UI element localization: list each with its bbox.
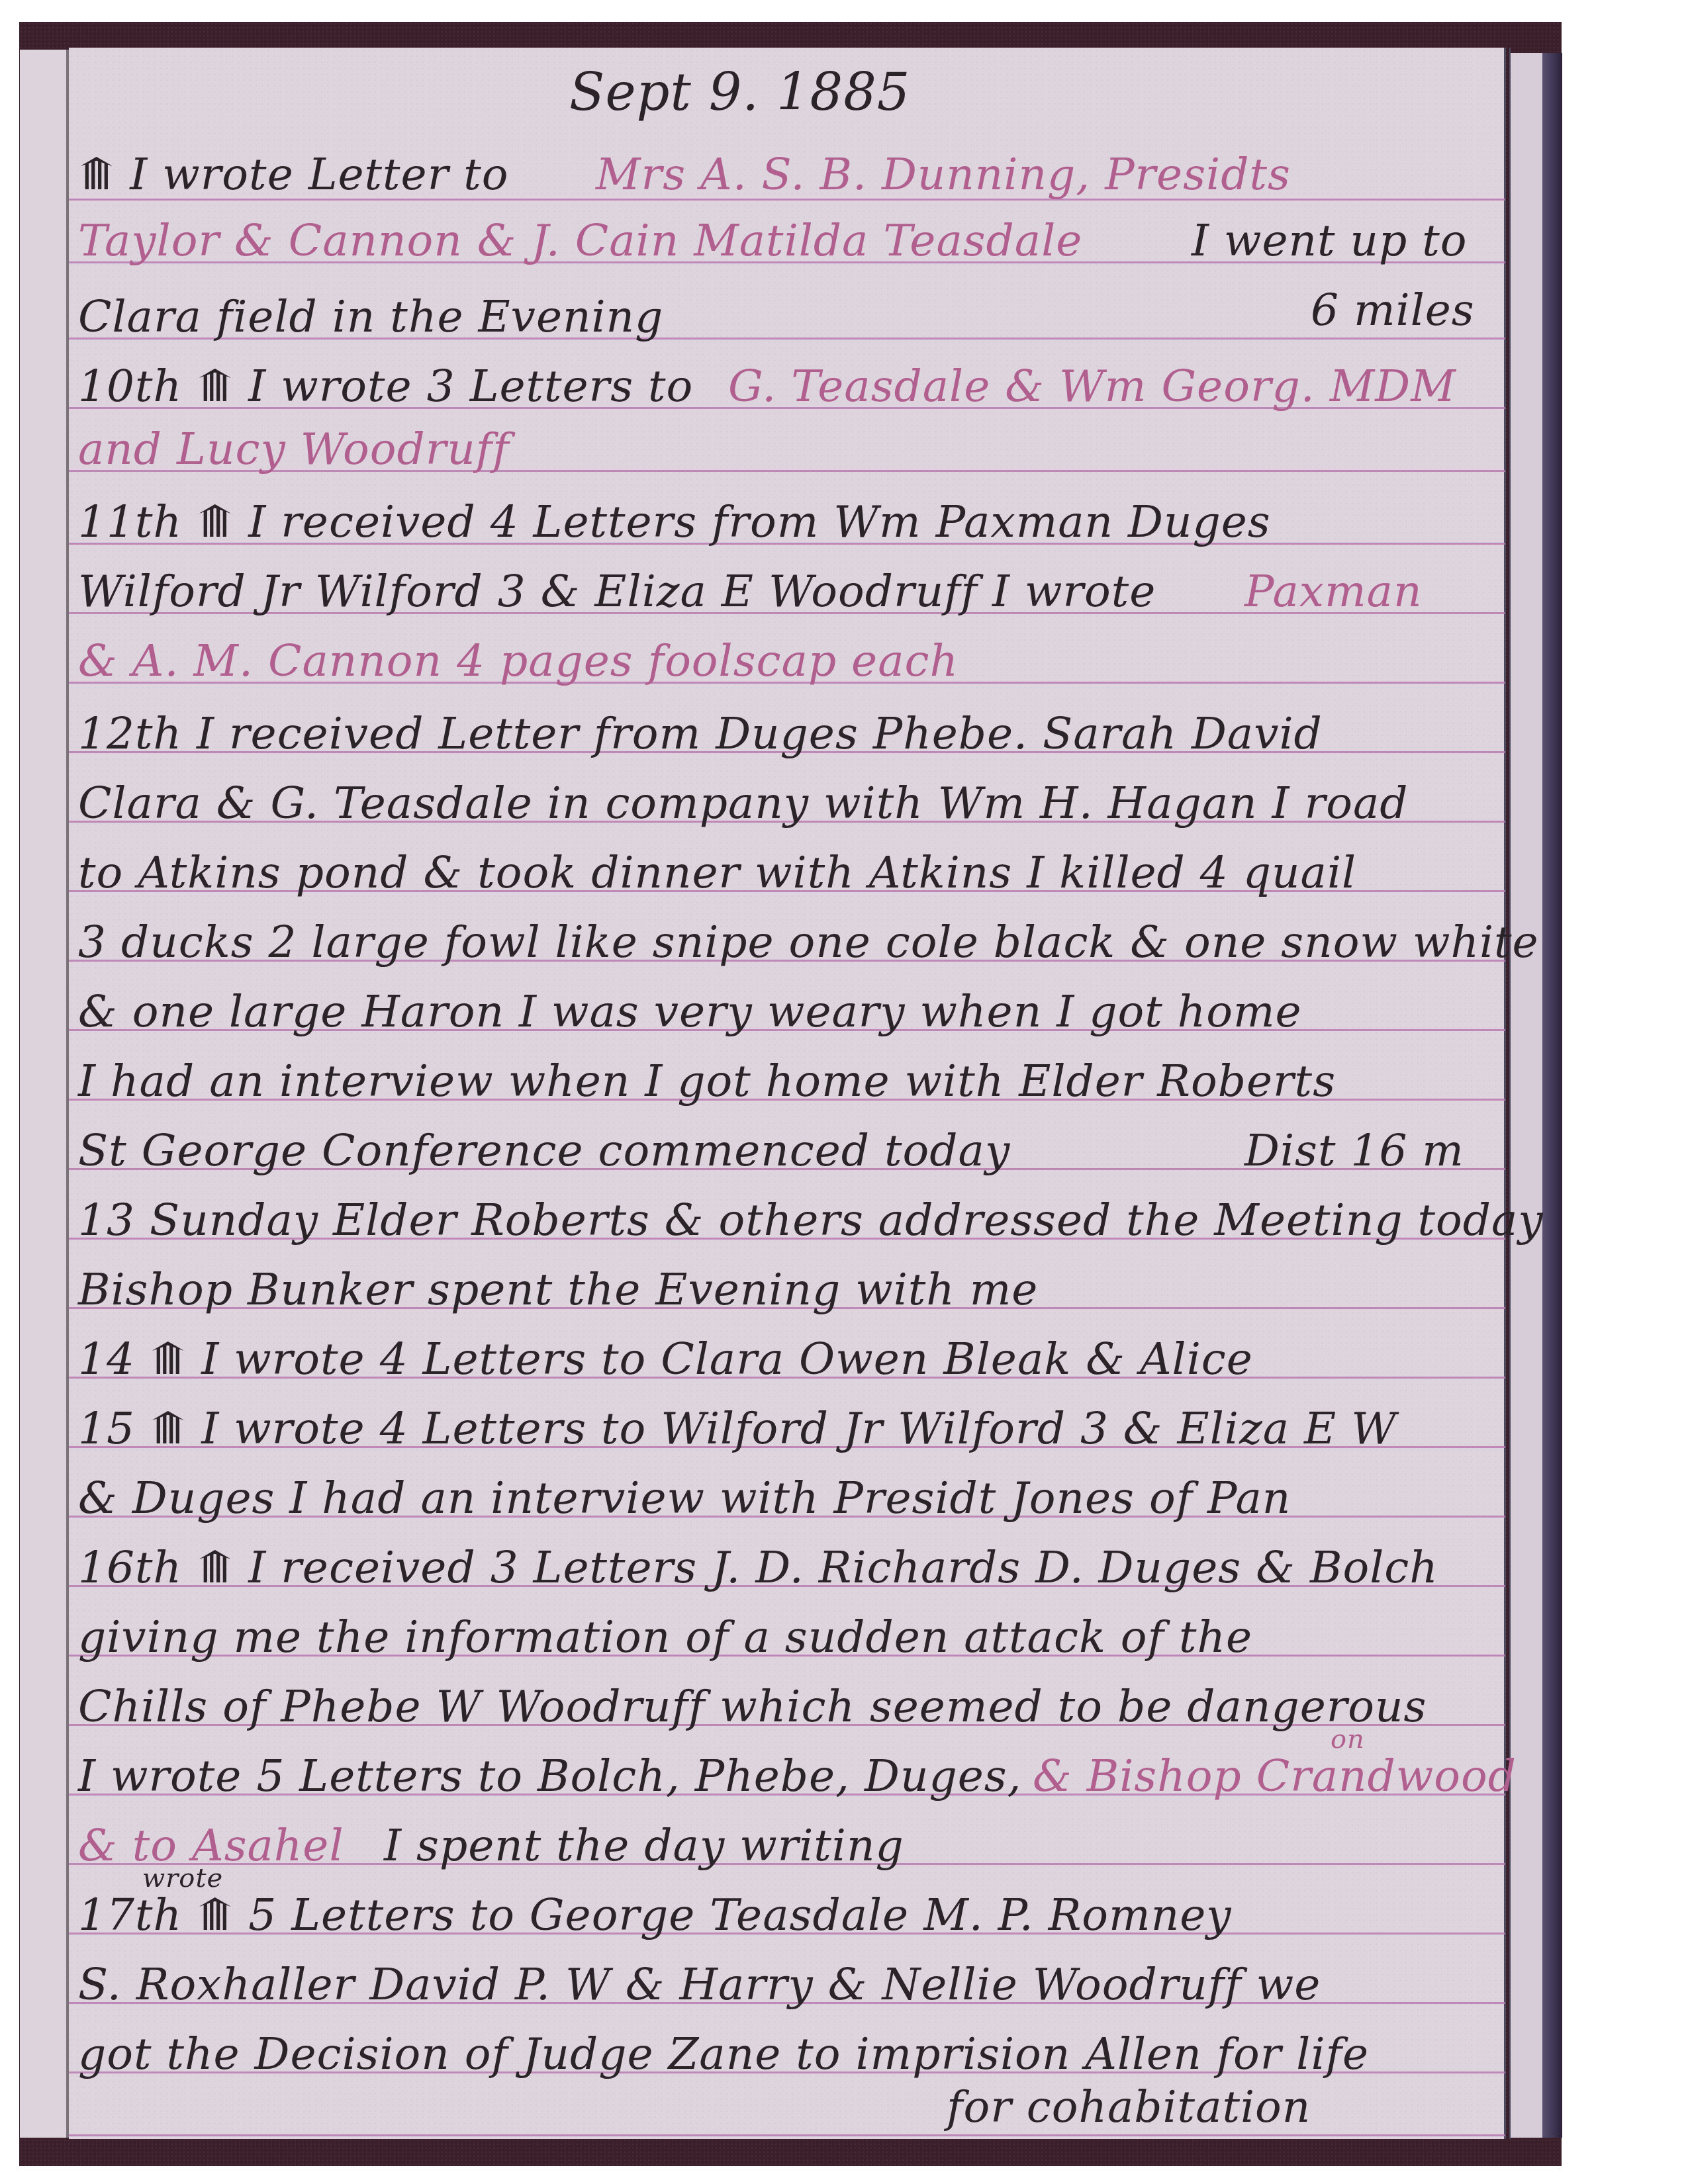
journal-line: & one large Haron I was very weary when … (78, 986, 1302, 1037)
journal-line: for cohabitation (947, 2081, 1311, 2132)
journal-line: Wilford Jr Wilford 3 & Eliza E Woodruff … (78, 566, 1156, 617)
journal-line: got the Decision of Judge Zane to impris… (78, 2028, 1369, 2079)
journal-line-red: Mrs A. S. B. Dunning, Presidts (596, 149, 1291, 200)
journal-line: giving me the information of a sudden at… (78, 1612, 1252, 1662)
ruled-line (69, 2134, 1505, 2136)
journal-line-red: G. Teasdale & Wm Georg. MDM (728, 361, 1456, 412)
journal-line: ⟰ I wrote Letter to (78, 149, 508, 200)
journal-line: 14 ⟰ I wrote 4 Letters to Clara Owen Ble… (78, 1334, 1253, 1385)
page-edge-strip (1511, 53, 1544, 2138)
journal-line: Chills of Phebe W Woodruff which seemed … (78, 1681, 1427, 1732)
journal-line-red: Paxman (1244, 566, 1422, 617)
journal-line: Bishop Bunker spent the Evening with me (78, 1264, 1038, 1315)
journal-line: 13 Sunday Elder Roberts & others address… (78, 1195, 1544, 1246)
journal-line: S. Roxhaller David P. W & Harry & Nellie… (78, 1959, 1321, 2010)
journal-line: I spent the day writing (384, 1820, 904, 1871)
margin-rule-right (1504, 48, 1506, 2139)
journal-line: 15 ⟰ I wrote 4 Letters to Wilford Jr Wil… (78, 1403, 1397, 1454)
date-heading: Sept 9. 1885 (569, 63, 910, 122)
journal-line: 12th I received Letter from Duges Phebe.… (78, 708, 1323, 759)
distance-note: Dist 16 m (1244, 1125, 1464, 1176)
book-edge (1542, 53, 1562, 2138)
journal-line: & Duges I had an interview with Presidt … (78, 1473, 1291, 1524)
journal-line: I wrote 5 Letters to Bolch, Phebe, Duges… (78, 1751, 1022, 1801)
journal-line: 17th ⟰ 5 Letters to George Teasdale M. P… (78, 1889, 1232, 1940)
journal-line-red: and Lucy Woodruff (78, 424, 510, 475)
journal-line: 16th ⟰ I received 3 Letters J. D. Richar… (78, 1542, 1438, 1593)
journal-line: I had an interview when I got home with … (78, 1056, 1336, 1107)
journal-line: Clara field in the Evening (78, 291, 663, 342)
distance-note: 6 miles (1311, 285, 1475, 336)
journal-line: 11th ⟰ I received 4 Letters from Wm Paxm… (78, 496, 1271, 547)
journal-line: St George Conference commenced today (78, 1125, 1010, 1176)
journal-line: Clara & G. Teasdale in company with Wm H… (78, 778, 1409, 829)
journal-line: 3 ducks 2 large fowl like snipe one cole… (78, 917, 1539, 968)
facing-page-edge (20, 50, 66, 2138)
journal-line-red: & Bishop Crandwood (1033, 1751, 1517, 1801)
journal-line-red: Taylor & Cannon & J. Cain Matilda Teasda… (78, 215, 1082, 266)
journal-line: I went up to (1192, 215, 1468, 266)
journal-line: to Atkins pond & took dinner with Atkins… (78, 847, 1356, 898)
journal-line: 10th ⟰ I wrote 3 Letters to (78, 361, 693, 412)
journal-line-red: & A. M. Cannon 4 pages foolscap each (78, 635, 959, 686)
